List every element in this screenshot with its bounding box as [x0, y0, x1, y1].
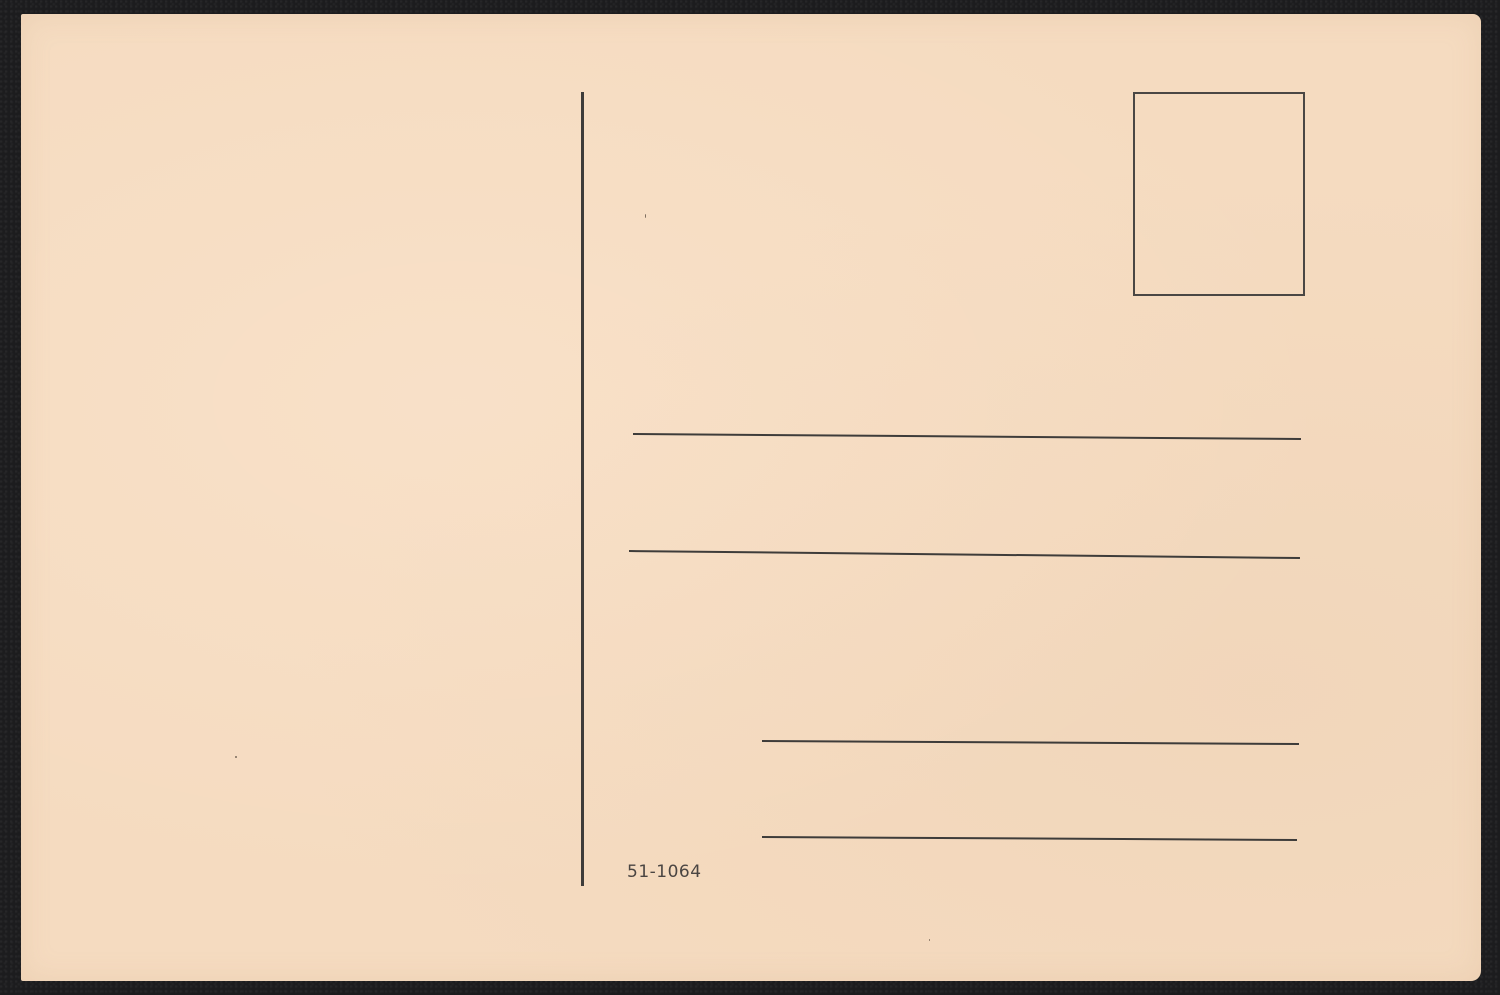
message-address-divider — [581, 92, 584, 886]
address-line-1 — [633, 433, 1301, 440]
address-line-3 — [762, 740, 1299, 745]
paper-speck — [235, 756, 237, 758]
catalog-number: 51-1064 — [627, 862, 702, 882]
stamp-box — [1133, 92, 1305, 296]
address-line-2 — [629, 550, 1300, 559]
paper-speck — [929, 939, 930, 941]
postcard-back: 51-1064 — [21, 14, 1481, 981]
address-line-4 — [762, 836, 1297, 841]
paper-speck — [645, 214, 646, 218]
